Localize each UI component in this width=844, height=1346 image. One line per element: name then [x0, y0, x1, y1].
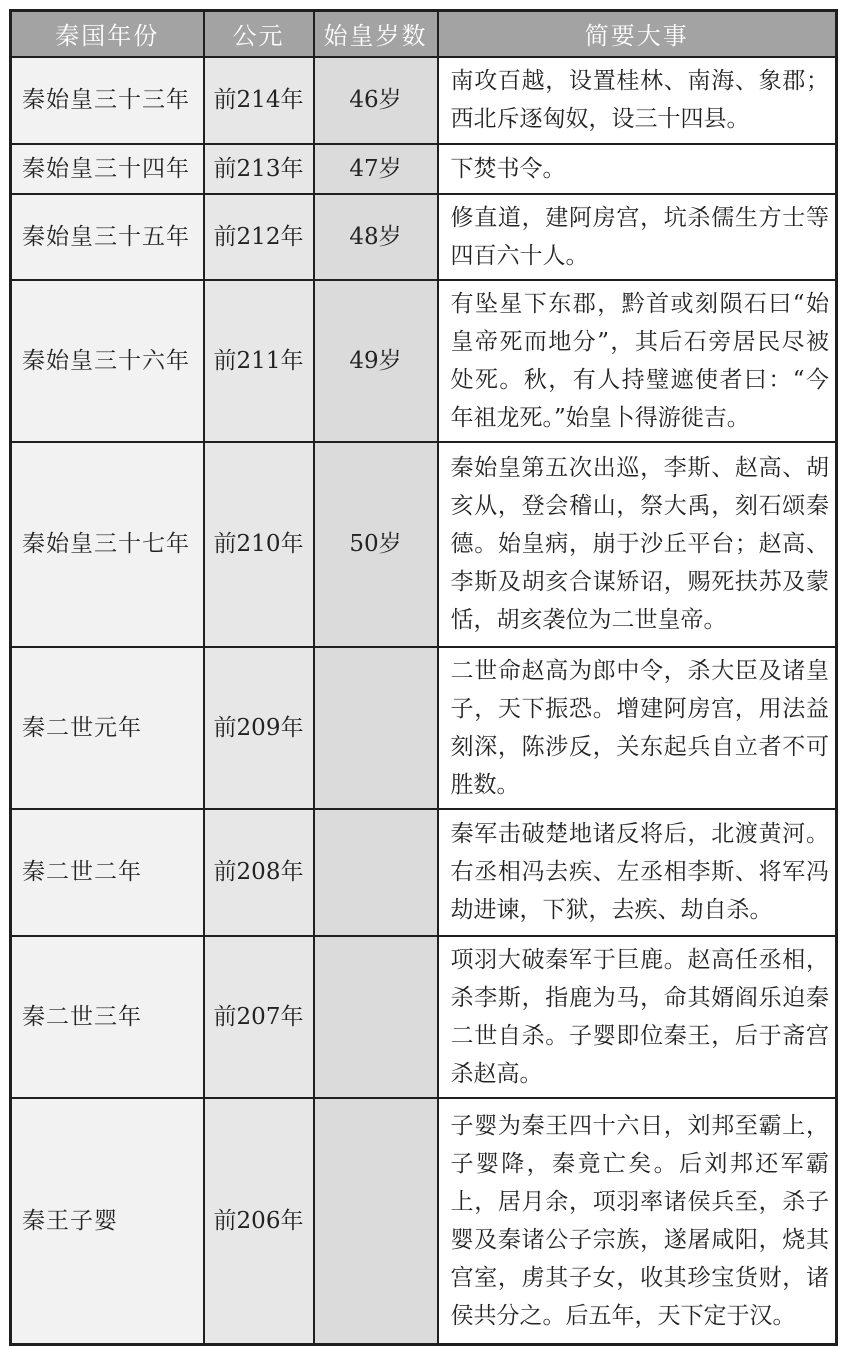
cell-age: 48岁 — [314, 194, 438, 280]
cell-events: 秦始皇第五次出巡，李斯、赵高、胡亥从，登会稽山，祭大禹，刻石颂秦德。始皇病，崩于… — [438, 442, 837, 647]
table-row: 秦始皇三十四年 前213年 47岁 下焚书令。 — [11, 144, 837, 194]
table-row: 秦二世二年 前208年 秦军击破楚地诸反将后，北渡黄河。右丞相冯去疾、左丞相李斯… — [11, 809, 837, 936]
cell-events: 二世命赵高为郎中令，杀大臣及诸皇子，天下振恐。增建阿房宫，用法益刻深，陈涉反，关… — [438, 647, 837, 809]
table-row: 秦始皇三十五年 前212年 48岁 修直道，建阿房宫，坑杀儒生方士等四百六十人。 — [11, 194, 837, 280]
table-row: 秦二世元年 前209年 二世命赵高为郎中令，杀大臣及诸皇子，天下振恐。增建阿房宫… — [11, 647, 837, 809]
cell-ce: 前210年 — [204, 442, 314, 647]
cell-events: 项羽大破秦军于巨鹿。赵高任丞相，杀李斯，指鹿为马，命其婿阎乐迫秦二世自杀。子婴即… — [438, 936, 837, 1098]
cell-age: 49岁 — [314, 280, 438, 442]
header-cell-ce: 公元 — [204, 11, 314, 57]
cell-ce: 前209年 — [204, 647, 314, 809]
cell-ce: 前212年 — [204, 194, 314, 280]
table-row: 秦王子婴 前206年 子婴为秦王四十六日，刘邦至霸上，子婴降，秦竟亡矣。后刘邦还… — [11, 1098, 837, 1345]
cell-year: 秦王子婴 — [11, 1098, 204, 1345]
cell-events: 修直道，建阿房宫，坑杀儒生方士等四百六十人。 — [438, 194, 837, 280]
cell-events: 有坠星下东郡，黔首或刻陨石曰“始皇帝死而地分”，其后石旁居民尽被处死。秋，有人持… — [438, 280, 837, 442]
cell-year: 秦始皇三十四年 — [11, 144, 204, 194]
cell-year: 秦始皇三十七年 — [11, 442, 204, 647]
cell-ce: 前207年 — [204, 936, 314, 1098]
header-cell-age: 始皇岁数 — [314, 11, 438, 57]
cell-ce: 前208年 — [204, 809, 314, 936]
cell-year: 秦二世三年 — [11, 936, 204, 1098]
cell-events: 下焚书令。 — [438, 144, 837, 194]
qin-chronology-table: 秦国年份 公元 始皇岁数 简要大事 秦始皇三十三年 前214年 46岁 南攻百越… — [9, 9, 838, 1346]
book-page: 秦国年份 公元 始皇岁数 简要大事 秦始皇三十三年 前214年 46岁 南攻百越… — [0, 0, 844, 1307]
cell-age: 47岁 — [314, 144, 438, 194]
table-header-row: 秦国年份 公元 始皇岁数 简要大事 — [11, 11, 837, 57]
cell-age: 46岁 — [314, 57, 438, 144]
header-cell-events: 简要大事 — [438, 11, 837, 57]
cell-year: 秦始皇三十三年 — [11, 57, 204, 144]
cell-year: 秦二世二年 — [11, 809, 204, 936]
table-row: 秦始皇三十七年 前210年 50岁 秦始皇第五次出巡，李斯、赵高、胡亥从，登会稽… — [11, 442, 837, 647]
cell-age — [314, 1098, 438, 1345]
cell-age — [314, 936, 438, 1098]
cell-ce: 前206年 — [204, 1098, 314, 1345]
table-row: 秦始皇三十三年 前214年 46岁 南攻百越，设置桂林、南海、象郡；西北斥逐匈奴… — [11, 57, 837, 144]
cell-year: 秦二世元年 — [11, 647, 204, 809]
table-row: 秦始皇三十六年 前211年 49岁 有坠星下东郡，黔首或刻陨石曰“始皇帝死而地分… — [11, 280, 837, 442]
cell-ce: 前211年 — [204, 280, 314, 442]
cell-year: 秦始皇三十六年 — [11, 280, 204, 442]
cell-ce: 前213年 — [204, 144, 314, 194]
cell-age — [314, 809, 438, 936]
table-row: 秦二世三年 前207年 项羽大破秦军于巨鹿。赵高任丞相，杀李斯，指鹿为马，命其婿… — [11, 936, 837, 1098]
cell-events: 子婴为秦王四十六日，刘邦至霸上，子婴降，秦竟亡矣。后刘邦还军霸上，居月余，项羽率… — [438, 1098, 837, 1345]
cell-age: 50岁 — [314, 442, 438, 647]
cell-events: 秦军击破楚地诸反将后，北渡黄河。右丞相冯去疾、左丞相李斯、将军冯劫进谏，下狱，去… — [438, 809, 837, 936]
cell-ce: 前214年 — [204, 57, 314, 144]
cell-age — [314, 647, 438, 809]
header-cell-year: 秦国年份 — [11, 11, 204, 57]
cell-year: 秦始皇三十五年 — [11, 194, 204, 280]
cell-events: 南攻百越，设置桂林、南海、象郡；西北斥逐匈奴，设三十四县。 — [438, 57, 837, 144]
